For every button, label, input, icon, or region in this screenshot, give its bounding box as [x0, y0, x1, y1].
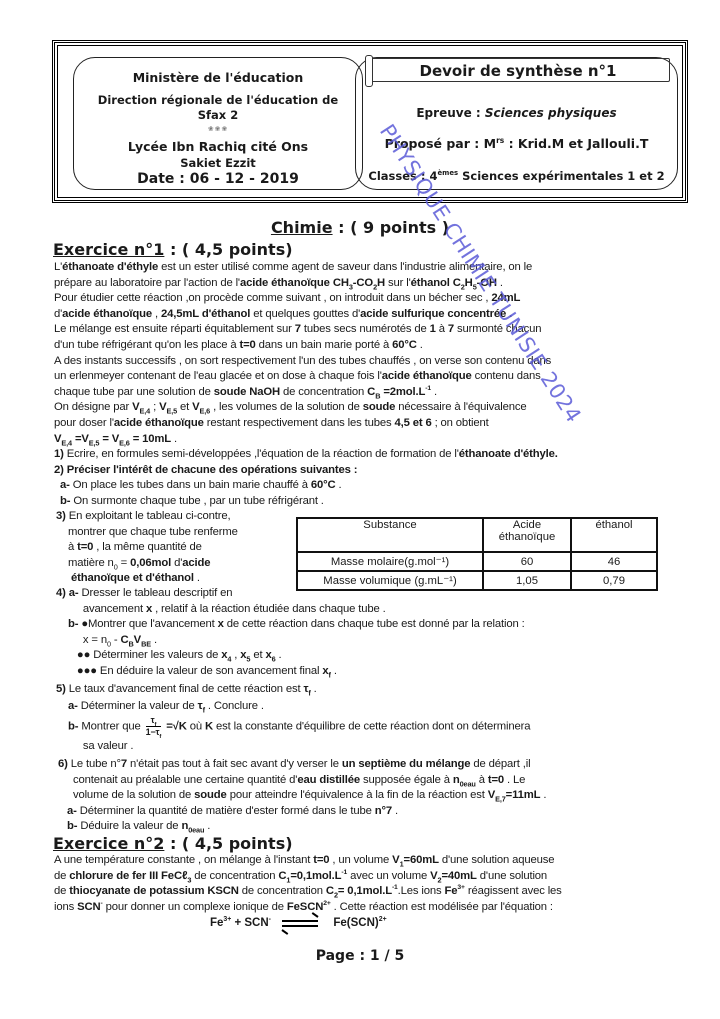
text-line: 5) Le taux d'avancement final de cette r… [56, 681, 530, 698]
text-line: b- On surmonte chaque tube , par un tube… [54, 494, 558, 510]
exercise-2-title: Exercice n°2 : ( 4,5 points) [53, 834, 293, 853]
text-line: A une température constante , on mélange… [54, 853, 704, 869]
text-line: matière n0 = 0,06mol d'acide [56, 556, 238, 572]
exam-subject: Epreuve : Sciences physiques [355, 106, 678, 120]
text-line: On désigne par VE,4 ; VE,5 et VE,6 , les… [54, 400, 704, 416]
text-line: VE,4 =VE,5 = VE,6 = 10mL . [54, 432, 704, 448]
text-line: a- On place les tubes dans un bain marie… [54, 478, 558, 494]
ornament-icon: ❀❀❀ [74, 125, 362, 133]
exercise-1-question-3: 3) En exploitant le tableau ci-contre, m… [56, 509, 238, 587]
section-title: Chimie : ( 9 points ) [0, 218, 720, 237]
region-name: Sfax 2 [74, 108, 362, 122]
text-line: éthanoïque et d'éthanol . [56, 571, 238, 587]
text-line: chaque tube par une solution de soude Na… [54, 385, 704, 401]
text-line: ●● Déterminer les valeurs de x4 , x5 et … [56, 648, 525, 664]
text-line: L'éthanoate d'éthyle est un ester utilis… [54, 260, 704, 276]
ministry-name: Ministère de l'éducation [74, 70, 362, 85]
table-header-row: Substance Acide éthanoïque éthanol [297, 518, 657, 552]
text-line: A des instants successifs , on sort resp… [54, 354, 704, 370]
exercise-1-questions-1-2: 1) Ecrire, en formules semi-développées … [54, 447, 558, 509]
regional-direction: Direction régionale de l'éducation de [74, 93, 362, 107]
page-number: Page : 1 / 5 [0, 948, 720, 964]
exercise-1-question-5: 5) Le taux d'avancement final de cette r… [56, 681, 530, 755]
table-cell: 0,79 [571, 571, 657, 590]
exam-date: Date : 06 - 12 - 2019 [74, 171, 362, 187]
text-line: pour doser l'acide éthanoïque restant re… [54, 416, 704, 432]
school-city: Sakiet Ezzit [74, 156, 362, 170]
text-line: prépare au laboratoire par l'action de l… [54, 276, 704, 292]
text-line: un erlenmeyer contenant de l'eau glacée … [54, 369, 704, 385]
text-line: à t=0 , la même quantité de [56, 540, 238, 556]
equation-products: Fe(SCN)2+ [333, 917, 386, 929]
text-line: 1) Ecrire, en formules semi-développées … [54, 447, 558, 463]
exercise-1-question-4: 4) a- Dresser le tableau descriptif en a… [56, 586, 525, 680]
table-header-cell: Substance [297, 518, 483, 552]
exam-classes: Classes : 4èmes Sciences expérimentales … [355, 169, 678, 183]
exercise-1-title: Exercice n°1 : ( 4,5 points) [53, 240, 293, 259]
school-name: Lycée Ibn Rachiq cité Ons [74, 139, 362, 154]
exercise-1-question-6: 6) Le tube n°7 n'était pas tout à fait s… [58, 757, 546, 835]
exercise-1-intro: L'éthanoate d'éthyle est un ester utilis… [54, 260, 704, 447]
text-line: de chlorure de fer III FeCℓ3 de concentr… [54, 869, 704, 885]
text-line: ions SCN- pour donner un complexe ioniqu… [54, 900, 704, 916]
text-line: d'un tube réfrigérant qu'on les place à … [54, 338, 704, 354]
text-line: 6) Le tube n°7 n'était pas tout à fait s… [58, 757, 546, 773]
equation-reactants: Fe3+ + SCN- [210, 917, 271, 929]
text-line: de thiocyanate de potassium KSCN de conc… [54, 884, 704, 900]
text-line: Pour étudier cette réaction ,on procède … [54, 291, 704, 307]
substance-data-table: Substance Acide éthanoïque éthanol Masse… [296, 517, 658, 591]
exam-title: Devoir de synthèse n°1 [366, 62, 670, 80]
exam-authors: Proposé par : Mrs : Krid.M et Jallouli.T [355, 136, 678, 151]
text-line: 4) a- Dresser le tableau descriptif en [56, 586, 525, 602]
text-line: 2) Préciser l'intérêt de chacune des opé… [54, 463, 558, 479]
text-line: avancement x , relatif à la réaction étu… [56, 602, 525, 618]
text-line: volume de la solution de soude pour atte… [58, 788, 546, 804]
exam-page: Ministère de l'éducation Direction régio… [0, 0, 720, 1019]
text-line: ●●● En déduire la valeur de son avanceme… [56, 664, 525, 680]
text-line: 3) En exploitant le tableau ci-contre, [56, 509, 238, 525]
text-line: a- Déterminer la valeur de τf . Conclure… [56, 698, 530, 715]
reaction-equation: Fe3+ + SCN- Fe(SCN)2+ [210, 917, 387, 929]
text-line: a- Déterminer la quantité de matière d'e… [58, 804, 546, 820]
school-info-box: Ministère de l'éducation Direction régio… [73, 57, 363, 190]
text-line: contenait au préalable une certaine quan… [58, 773, 546, 789]
table-cell: 60 [483, 552, 571, 571]
text-line: x = n0 - CBVBE . [56, 633, 525, 649]
text-line: sa valeur . [56, 738, 530, 755]
text-line: d'acide éthanoïque , 24,5mL d'éthanol et… [54, 307, 704, 323]
text-line: montrer que chaque tube renferme [56, 525, 238, 541]
table-cell: 46 [571, 552, 657, 571]
exercise-2-intro: A une température constante , on mélange… [54, 853, 704, 915]
text-line: b- Montrer que τf1−τf =√K où K est la co… [56, 715, 530, 738]
table-header-cell: éthanol [571, 518, 657, 552]
table-row: Masse molaire(g.mol⁻¹) 60 46 [297, 552, 657, 571]
equilibrium-arrow-icon [282, 917, 318, 929]
text-line: b- ●Montrer que l'avancement x de cette … [56, 617, 525, 633]
table-cell: Masse molaire(g.mol⁻¹) [297, 552, 483, 571]
table-header-cell: Acide éthanoïque [483, 518, 571, 552]
text-line: Le mélange est ensuite réparti équitable… [54, 322, 704, 338]
text-line: b- Déduire la valeur de n0eau . [58, 819, 546, 835]
